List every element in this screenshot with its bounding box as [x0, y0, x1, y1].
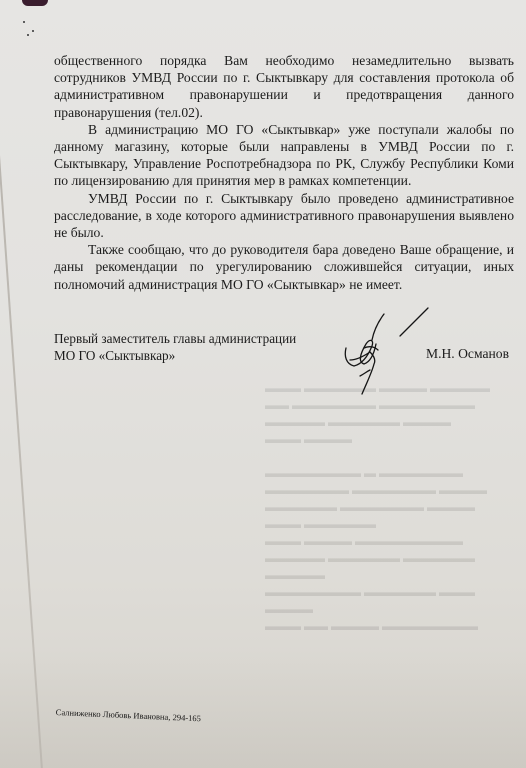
signatory-title-line1: Первый заместитель главы администрации	[54, 330, 296, 347]
speck	[27, 34, 29, 36]
signatory-name: М.Н. Османов	[426, 346, 509, 362]
page-shadow	[0, 648, 526, 768]
paragraph-4: Также сообщаю, что до руководителя бара …	[54, 241, 514, 293]
signatory-title: Первый заместитель главы администрации М…	[54, 330, 296, 364]
folder-corner	[22, 0, 48, 6]
bleed-through-text: ▬▬▬ ▬▬▬▬▬▬ ▬▬▬▬ ▬▬▬▬▬▬▬ ▬▬▬▬▬▬▬ ▬▬▬▬▬▬▬▬…	[265, 380, 520, 640]
speck	[32, 30, 34, 32]
document-page: общественного порядка Вам необходимо нез…	[0, 0, 526, 768]
paragraph-1: общественного порядка Вам необходимо нез…	[54, 52, 514, 121]
paragraph-2: В администрацию МО ГО «Сыктывкар» уже по…	[54, 121, 514, 190]
speck	[23, 21, 25, 23]
paragraph-3: УМВД России по г. Сыктывкару было провед…	[54, 190, 514, 242]
letter-body: общественного порядка Вам необходимо нез…	[54, 52, 514, 293]
signatory-title-line2: МО ГО «Сыктывкар»	[54, 347, 296, 364]
handwritten-signature-icon	[330, 300, 440, 400]
